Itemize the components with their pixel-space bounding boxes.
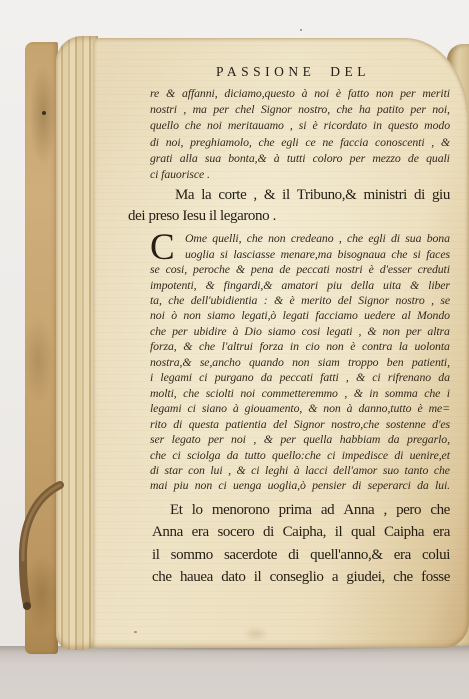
text-line: Omequelli,chenoncredeano,cheeglidisuabon…	[185, 231, 450, 246]
text-line: secosi,peroche&penadepeccatinostrièd'ess…	[150, 262, 450, 277]
leather-tie	[0, 465, 70, 625]
book-page: PASSIONE DEL re&affanni,diciamo,questoàn…	[93, 38, 469, 648]
paragraph: EtlomenoronoprimaadAnna,perocheAnnaeraso…	[150, 499, 450, 589]
text-line: noiònonsiamolegati,òlegatifacciamouedere…	[150, 308, 450, 323]
text-line: ilegamicipurganodapeccatifatti,&cirifren…	[150, 370, 450, 385]
text-line: dei preso Iesu il legarono .	[128, 206, 450, 227]
text-line: ritodiquestapatientiadelSignornostro,che…	[150, 417, 450, 432]
dust-speck	[300, 29, 302, 31]
text-line: molti,chescioltinoicommetteremmo,&insomm…	[150, 386, 450, 401]
text-line: maipiunonciuengauoglia,òpensierdiseperar…	[150, 478, 450, 493]
text-line: nostri,maperchelSignornostro,chehapatito…	[150, 101, 450, 117]
text-line: ci fauorisce .	[150, 166, 450, 182]
book-photograph: PASSIONE DEL re&affanni,diciamo,questoàn…	[0, 0, 469, 699]
dark-speck	[42, 111, 46, 115]
text-block: PASSIONE DEL re&affanni,diciamo,questoàn…	[150, 64, 450, 589]
text-line: chehaueadatoilconseglioagiudei,chefosse	[152, 566, 450, 588]
text-line: distarconlui,&cileghiàlaccidell'amorsuot…	[150, 463, 450, 478]
page-stain	[243, 626, 269, 642]
text-line: checisciolgadatuttoquello:checiimpedisce…	[150, 448, 450, 463]
paragraph: COmequelli,chenoncredeano,cheeglidisuabo…	[150, 231, 450, 494]
text-line: serlegatopernoi,&perquellahabbiamdaprega…	[150, 432, 450, 447]
dust-speck	[134, 631, 137, 633]
text-line: re&affanni,diciamo,questoànoièfattononpe…	[150, 85, 450, 101]
text-line: forza,&chel'altruiforzainciononècontrala…	[150, 339, 450, 354]
text-line: uogliasilasciassemenare,mabisognauachesi…	[185, 247, 450, 262]
running-title: PASSIONE DEL	[143, 64, 443, 80]
text-line: impotenti,&fingardi,&amatoripiudellauita…	[150, 278, 450, 293]
paragraph: re&affanni,diciamo,questoànoièfattononpe…	[150, 85, 450, 182]
text-line: Malacorte,&ilTribuno,&ministridigiu	[175, 185, 450, 206]
text-line: EtlomenoronoprimaadAnna,peroche	[170, 499, 450, 521]
text-line: nostra,&se,anchoquandononsiamtroppobenpa…	[150, 355, 450, 370]
text-line: gratiallasuabonta,&àtutticoloropermezzod…	[150, 150, 450, 166]
text-line: ilsommosacerdotediquell'anno,&eracolui	[152, 544, 450, 566]
paragraph: Malacorte,&ilTribuno,&ministridigiudei p…	[150, 185, 450, 227]
text-line: quellochenoimeritauamo,sièricordatoinque…	[150, 117, 450, 133]
text-line: legamicisianoàgiouamento,&nonàdanno,tutt…	[150, 401, 450, 416]
text-line: ta,chedell'ubidientia:&èmeritodelSignorn…	[150, 293, 450, 308]
drop-cap-letter: C	[150, 232, 175, 263]
text-line: dinoi,preghiamolo,cheeglicenefacciaconos…	[150, 134, 450, 150]
text-line: cheperubidireàDiosiamocosilegati,&nonper…	[150, 324, 450, 339]
text-line: AnnaerasocerodiCaipha,ilqualCaiphaera	[152, 521, 450, 543]
